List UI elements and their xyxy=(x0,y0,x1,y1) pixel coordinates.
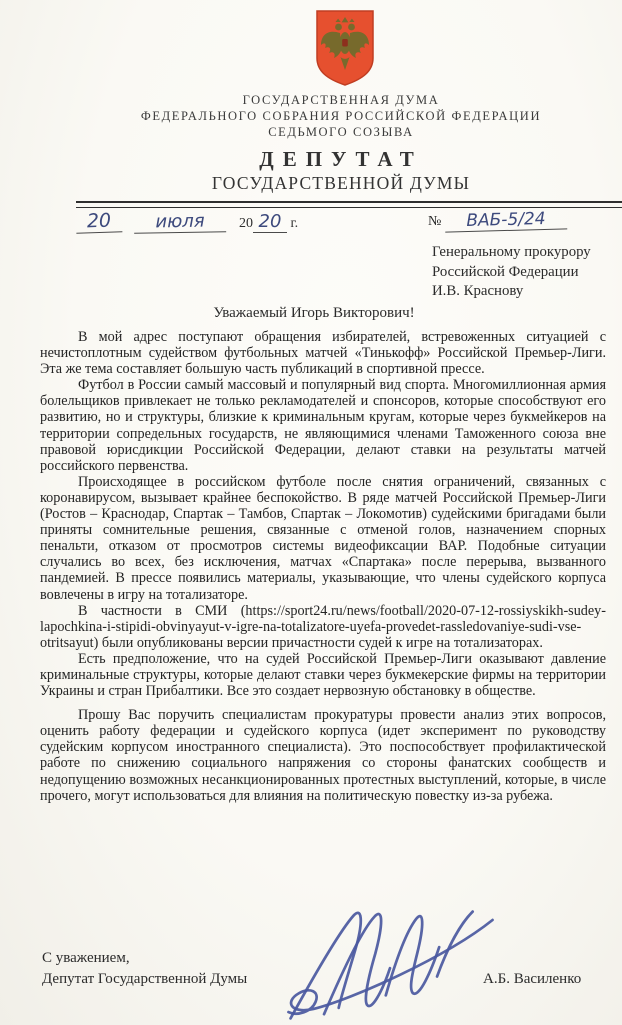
org-name-line2: ФЕДЕРАЛЬНОГО СОБРАНИЯ РОССИЙСКОЙ ФЕДЕРАЦ… xyxy=(30,108,622,124)
paragraph: Есть предположение, что на судей Российс… xyxy=(40,651,606,699)
letter-page: ГОСУДАРСТВЕННАЯ ДУМА ФЕДЕРАЛЬНОГО СОБРАН… xyxy=(0,0,622,1025)
deputy-title-line1: ДЕПУТАТ xyxy=(30,147,622,172)
addressee-line: Генеральному прокурору xyxy=(432,243,591,263)
addressee-block: Генеральному прокурору Российской Федера… xyxy=(432,243,591,302)
salutation: Уважаемый Игорь Викторович! xyxy=(40,305,588,322)
number-label: № xyxy=(428,214,441,229)
closing-position: Депутат Государственной Думы xyxy=(42,969,247,990)
paragraph: Футбол в России самый массовый и популяр… xyxy=(40,377,606,474)
closing-block: С уважением, Депутат Государственной Дум… xyxy=(42,948,247,990)
date-line: 20 июля 2020 г. xyxy=(76,210,298,233)
date-year-printed: 20 xyxy=(239,216,253,231)
number-value-handwritten: ВАБ-5/24 xyxy=(445,208,568,232)
letterhead: ГОСУДАРСТВЕННАЯ ДУМА ФЕДЕРАЛЬНОГО СОБРАН… xyxy=(30,92,622,194)
date-year-handwritten: 20 xyxy=(253,211,287,233)
org-name-line3: СЕДЬМОГО СОЗЫВА xyxy=(30,124,622,140)
letterhead-divider xyxy=(76,201,622,208)
paragraph: Происходящее в российском футболе после … xyxy=(40,474,606,603)
date-month-handwritten: июля xyxy=(133,210,225,234)
paragraph: Прошу Вас поручить специалистам прокурат… xyxy=(40,707,606,804)
body-paragraphs: В мой адрес поступают обращения избирате… xyxy=(40,329,606,804)
addressee-line: И.В. Краснову xyxy=(432,282,591,302)
signature-scribble-icon xyxy=(278,905,503,1025)
closing-regards: С уважением, xyxy=(42,948,247,969)
addressee-line: Российской Федерации xyxy=(432,263,591,283)
coat-of-arms-icon xyxy=(314,8,376,88)
date-year-suffix: г. xyxy=(291,216,299,231)
signer-name: А.Б. Василенко xyxy=(483,971,581,988)
org-name-line1: ГОСУДАРСТВЕННАЯ ДУМА xyxy=(30,92,622,108)
date-day-handwritten: 20 xyxy=(76,209,123,234)
deputy-title-line2: ГОСУДАРСТВЕННОЙ ДУМЫ xyxy=(30,173,622,194)
paragraph-with-url: В частности в СМИ (https://sport24.ru/ne… xyxy=(40,603,606,651)
paragraph: В мой адрес поступают обращения избирате… xyxy=(40,329,606,377)
document-number-line: № ВАБ-5/24 xyxy=(428,210,567,231)
